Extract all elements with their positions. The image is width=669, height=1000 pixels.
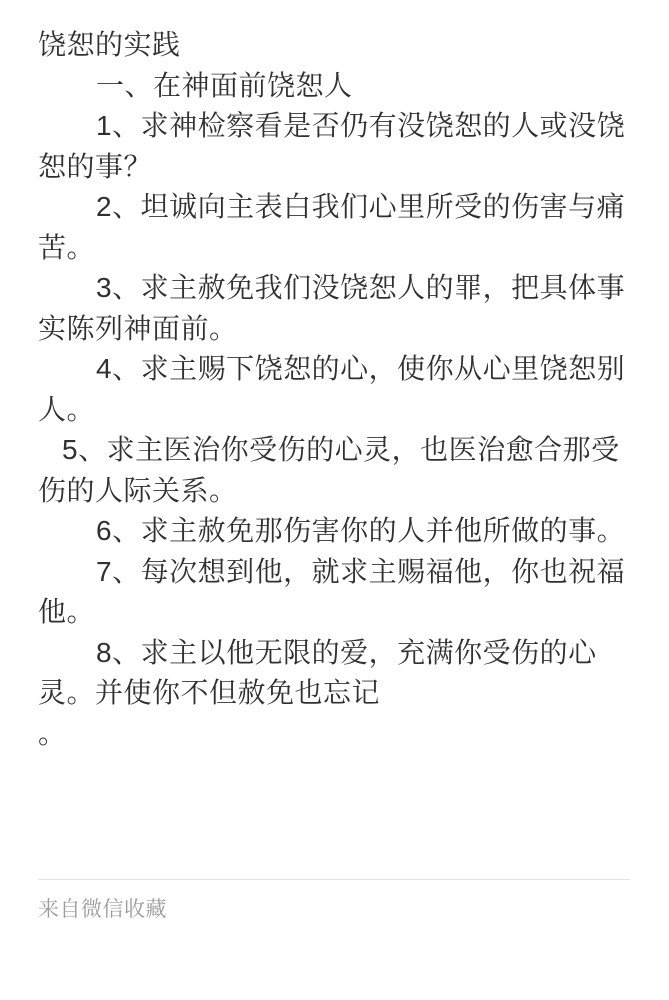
- source-label: 来自微信收藏: [38, 896, 630, 923]
- text-line: 苦。: [38, 228, 629, 269]
- text-line: 8、求主以他无限的爱，充满你受伤的心: [38, 633, 629, 674]
- text-line: 饶恕的实践: [38, 25, 629, 66]
- text-line: 4、求主赐下饶恕的心，使你从心里饶恕别: [38, 349, 629, 390]
- text-line: 1、求神检察看是否仍有没饶恕的人或没饶: [38, 106, 629, 147]
- note-page: 饶恕的实践一、在神面前饶恕人1、求神检察看是否仍有没饶恕的人或没饶恕的事？2、坦…: [0, 0, 669, 1000]
- note-body: 饶恕的实践一、在神面前饶恕人1、求神检察看是否仍有没饶恕的人或没饶恕的事？2、坦…: [0, 0, 669, 754]
- text-line: 2、坦诚向主表白我们心里所受的伤害与痛: [38, 187, 629, 228]
- text-line: 7、每次想到他，就求主赐福他，你也祝福: [38, 552, 629, 593]
- text-line: 灵。并使你不但赦免也忘记: [38, 673, 629, 714]
- text-line: 实陈列神面前。: [38, 309, 629, 350]
- text-line: 伤的人际关系。: [38, 471, 629, 512]
- text-line: 一、在神面前饶恕人: [38, 66, 629, 107]
- text-line: 5、求主医治你受伤的心灵，也医治愈合那受: [38, 430, 629, 471]
- footer: 来自微信收藏: [38, 879, 630, 923]
- text-line: 恕的事？: [38, 147, 629, 188]
- text-line: 6、求主赦免那伤害你的人并他所做的事。: [38, 511, 629, 552]
- text-line: 3、求主赦免我们没饶恕人的罪，把具体事: [38, 268, 629, 309]
- text-line: 。: [38, 714, 629, 755]
- text-line: 人。: [38, 390, 629, 431]
- text-line: 他。: [38, 592, 629, 633]
